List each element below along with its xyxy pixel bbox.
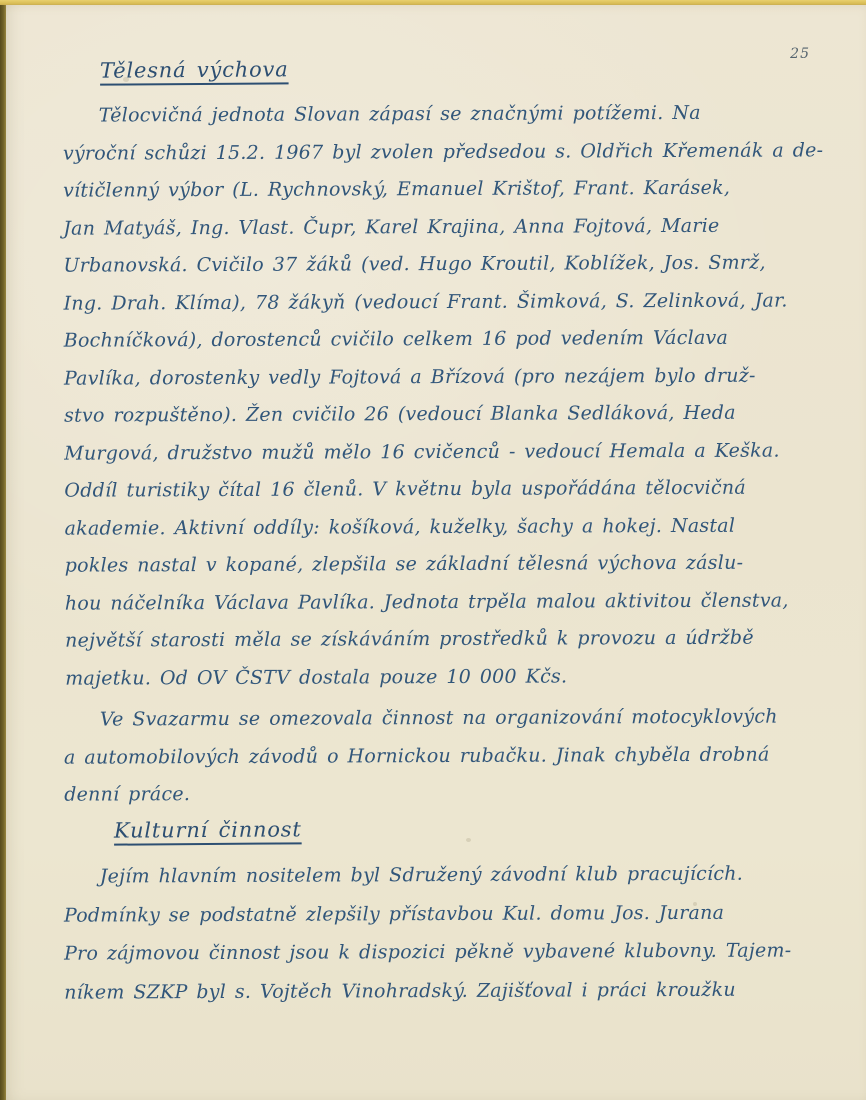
- manuscript-line: vítičlenný výbor (L. Rychnovský, Emanuel…: [63, 169, 827, 210]
- manuscript-line: Jan Matyáš, Ing. Vlast. Čupr, Karel Kraj…: [63, 207, 827, 248]
- manuscript-line: největší starosti měla se získáváním pro…: [65, 619, 829, 660]
- page-number: 25: [790, 46, 810, 62]
- manuscript-line: Pro zájmovou činnost jsou k dispozici pě…: [64, 931, 828, 973]
- manuscript-line: majetku. Od OV ČSTV dostala pouze 10 000…: [65, 657, 829, 698]
- manuscript-line: níkem SZKP byl s. Vojtěch Vinohradský. Z…: [64, 970, 828, 1012]
- manuscript-line: Jejím hlavním nositelem byl Sdružený záv…: [64, 854, 828, 896]
- manuscript-line: Murgová, družstvo mužů mělo 16 cvičenců …: [64, 432, 828, 473]
- manuscript-line: denní práce.: [64, 773, 828, 814]
- manuscript-line: stvo rozpuštěno). Žen cvičilo 26 (vedouc…: [64, 394, 828, 435]
- manuscript-line: Urbanovská. Cvičilo 37 žáků (ved. Hugo K…: [63, 244, 827, 285]
- paper-speck: [693, 902, 697, 906]
- manuscript-line: Tělocvičná jednota Slovan zápasí se znač…: [63, 94, 827, 135]
- manuscript-line: Pavlíka, dorostenky vedly Fojtová a Bříz…: [64, 357, 828, 398]
- manuscript-line: Podmínky se podstatně zlepšily přístavbo…: [64, 893, 828, 935]
- manuscript-line: Ve Svazarmu se omezovala činnost na orga…: [64, 698, 828, 739]
- manuscript-line: hou náčelníka Václava Pavlíka. Jednota t…: [65, 582, 829, 623]
- manuscript-line: výroční schůzi 15.2. 1967 byl zvolen pře…: [63, 132, 827, 173]
- paragraph-cultural-activity: Jejím hlavním nositelem byl Sdružený záv…: [64, 854, 829, 1011]
- paragraph-svazarm: Ve Svazarmu se omezovala činnost na orga…: [64, 698, 828, 814]
- paper-speck: [123, 77, 129, 82]
- manuscript-line: akademie. Aktivní oddíly: košíková, kuže…: [64, 507, 828, 548]
- manuscript-paper: 25 Tělesná výchova Tělocvičná jednota Sl…: [0, 0, 866, 1100]
- manuscript-line: Oddíl turistiky čítal 16 členů. V květnu…: [64, 469, 828, 510]
- scan-edge-top: [0, 0, 866, 5]
- manuscript-line: Ing. Drah. Klíma), 78 žákyň (vedoucí Fra…: [64, 282, 828, 323]
- scan-edge-left: [0, 0, 6, 1100]
- manuscript-line: pokles nastal v kopané, zlepšila se zákl…: [65, 544, 829, 585]
- manuscript-line: Bochníčková), dorostenců cvičilo celkem …: [64, 319, 828, 360]
- heading-kulturni-cinnost: Kulturní činnost: [114, 817, 302, 842]
- scanned-manuscript-page: 25 Tělesná výchova Tělocvičná jednota Sl…: [0, 0, 866, 1100]
- manuscript-line: a automobilových závodů o Hornickou ruba…: [64, 736, 828, 777]
- paper-speck: [466, 838, 471, 842]
- paragraph-physical-education: Tělocvičná jednota Slovan zápasí se znač…: [63, 94, 830, 697]
